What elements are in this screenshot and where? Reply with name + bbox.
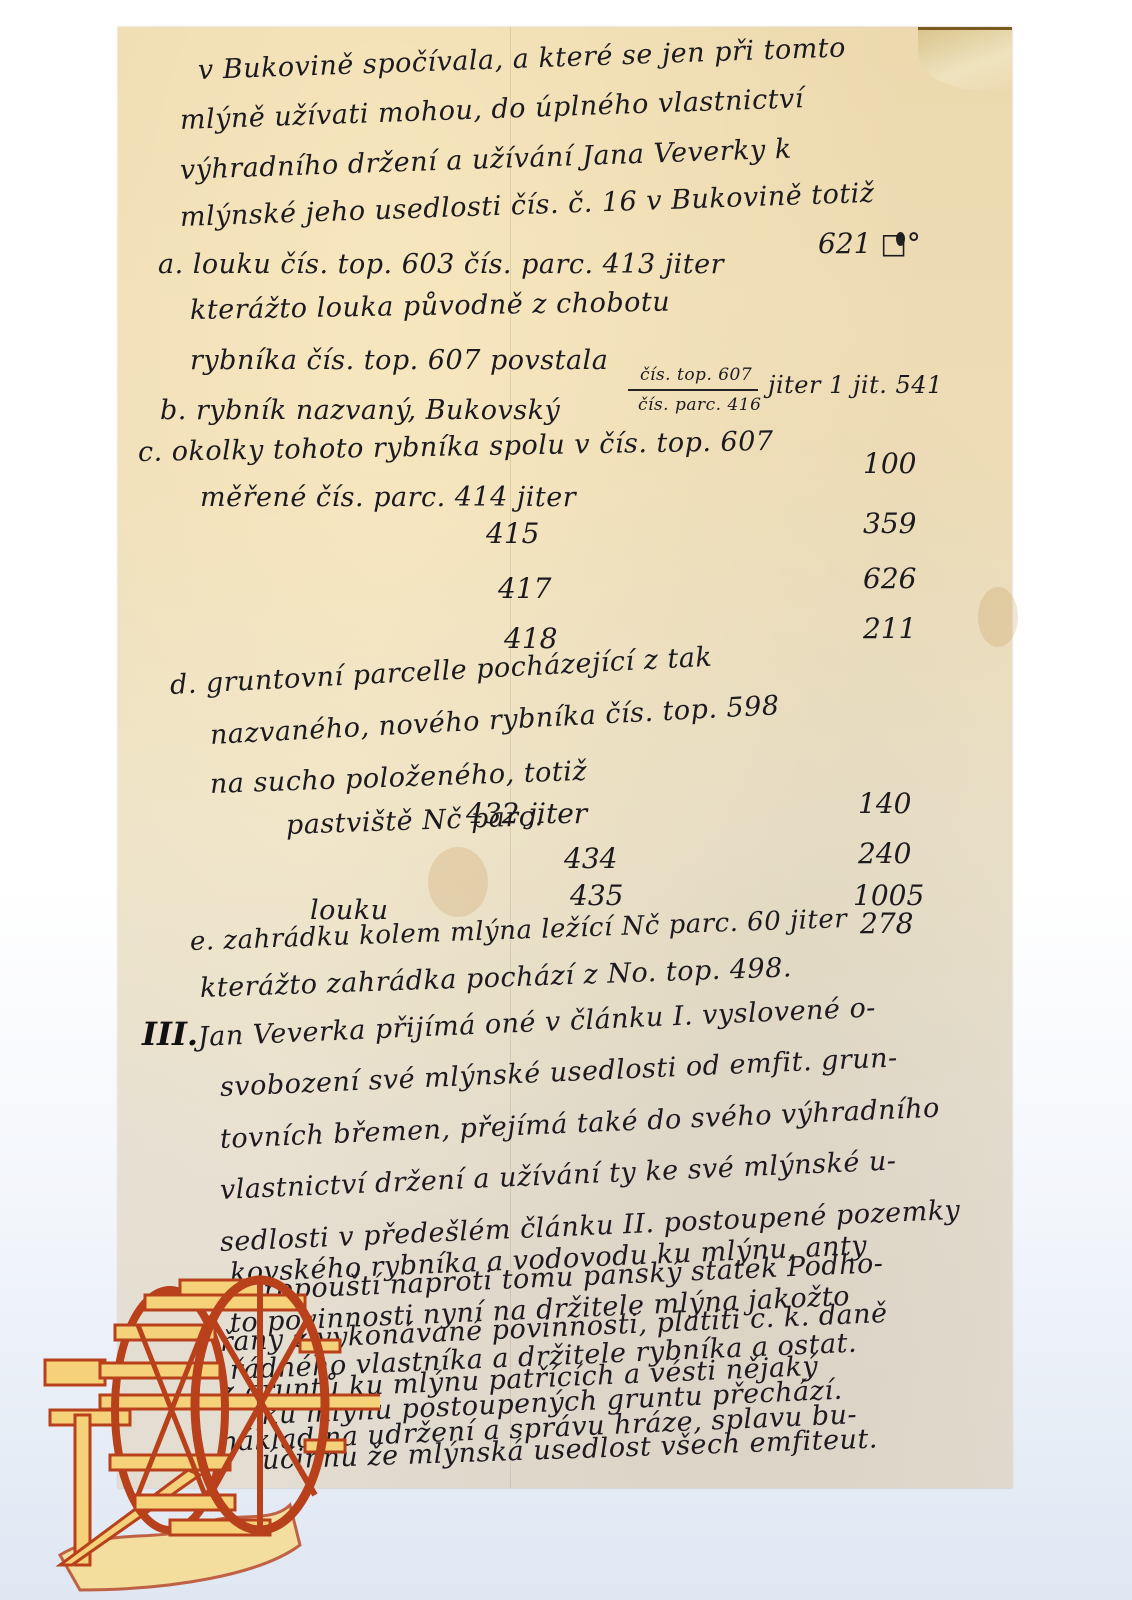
stain (978, 587, 1018, 647)
text-line: na sucho položeného, totiž (209, 756, 587, 800)
text-line: svobození své mlýnské usedlosti od emfit… (219, 1042, 898, 1103)
fraction-denominator: čís. parc. 416 (638, 395, 761, 415)
item-d: d. gruntovní parcelle pocházející z tak (169, 642, 713, 701)
text-line: výhradního držení a užívání Jana Veverky… (179, 134, 792, 186)
value-e: 278 (860, 907, 913, 940)
parc-415: 415 (486, 517, 539, 550)
text-line: mlýnské jeho usedlosti čís. č. 16 v Buko… (179, 178, 875, 233)
water-wheel-icon (20, 1225, 380, 1595)
value-c-417: 626 (863, 562, 916, 595)
parc-417: 417 (498, 572, 551, 605)
text-line: vlastnictví držení a užívání ty ke své m… (219, 1145, 897, 1206)
text-line: kterážto louka původně z chobotu (190, 287, 671, 326)
text-line: v Bukovině spočívala, a které se jen při… (197, 32, 846, 86)
item-a: a. louku čís. top. 603 čís. parc. 413 ji… (158, 249, 724, 280)
text-line: tovních břemen, přejímá také do svého vý… (219, 1093, 940, 1155)
text-line: mlýně užívati mohou, do úplného vlastnic… (179, 83, 804, 136)
item-c: c. okolky tohoto rybníka spolu v čís. to… (138, 426, 774, 468)
parc-432: 432 jiter (466, 797, 587, 830)
value-c-415: 359 (863, 507, 916, 540)
value-c-414: 100 (863, 447, 916, 480)
area-a: 621 □° (818, 227, 921, 260)
text-line: Jan Veverka přijímá oné v článku I. vysl… (197, 992, 876, 1053)
fraction-suffix: jiter 1 jit. 541 (768, 371, 943, 399)
folded-corner (918, 27, 1012, 90)
text-line: rybníka čís. top. 607 povstala (190, 345, 608, 376)
value-d-434: 240 (858, 837, 911, 870)
text-line: nazvaného, nového rybníka čís. top. 598 (209, 690, 780, 751)
fraction-numerator: čís. top. 607 (640, 365, 752, 385)
fraction-bar (628, 389, 758, 391)
parc-435: 435 (570, 879, 623, 912)
parc-434: 434 (564, 842, 617, 875)
value-d-432: 140 (858, 787, 911, 820)
text-line: kterážto zahrádka pochází z No. top. 498… (199, 952, 792, 1004)
item-b: b. rybník nazvaný, Bukovský (160, 395, 560, 426)
item-e: e. zahrádku kolem mlýna ležící Nč parc. … (189, 904, 847, 957)
text-line: měřené čís. parc. 414 jiter (200, 482, 576, 513)
value-c-418: 211 (863, 612, 916, 645)
stain (428, 847, 488, 917)
section-numeral: III. (142, 1015, 198, 1053)
